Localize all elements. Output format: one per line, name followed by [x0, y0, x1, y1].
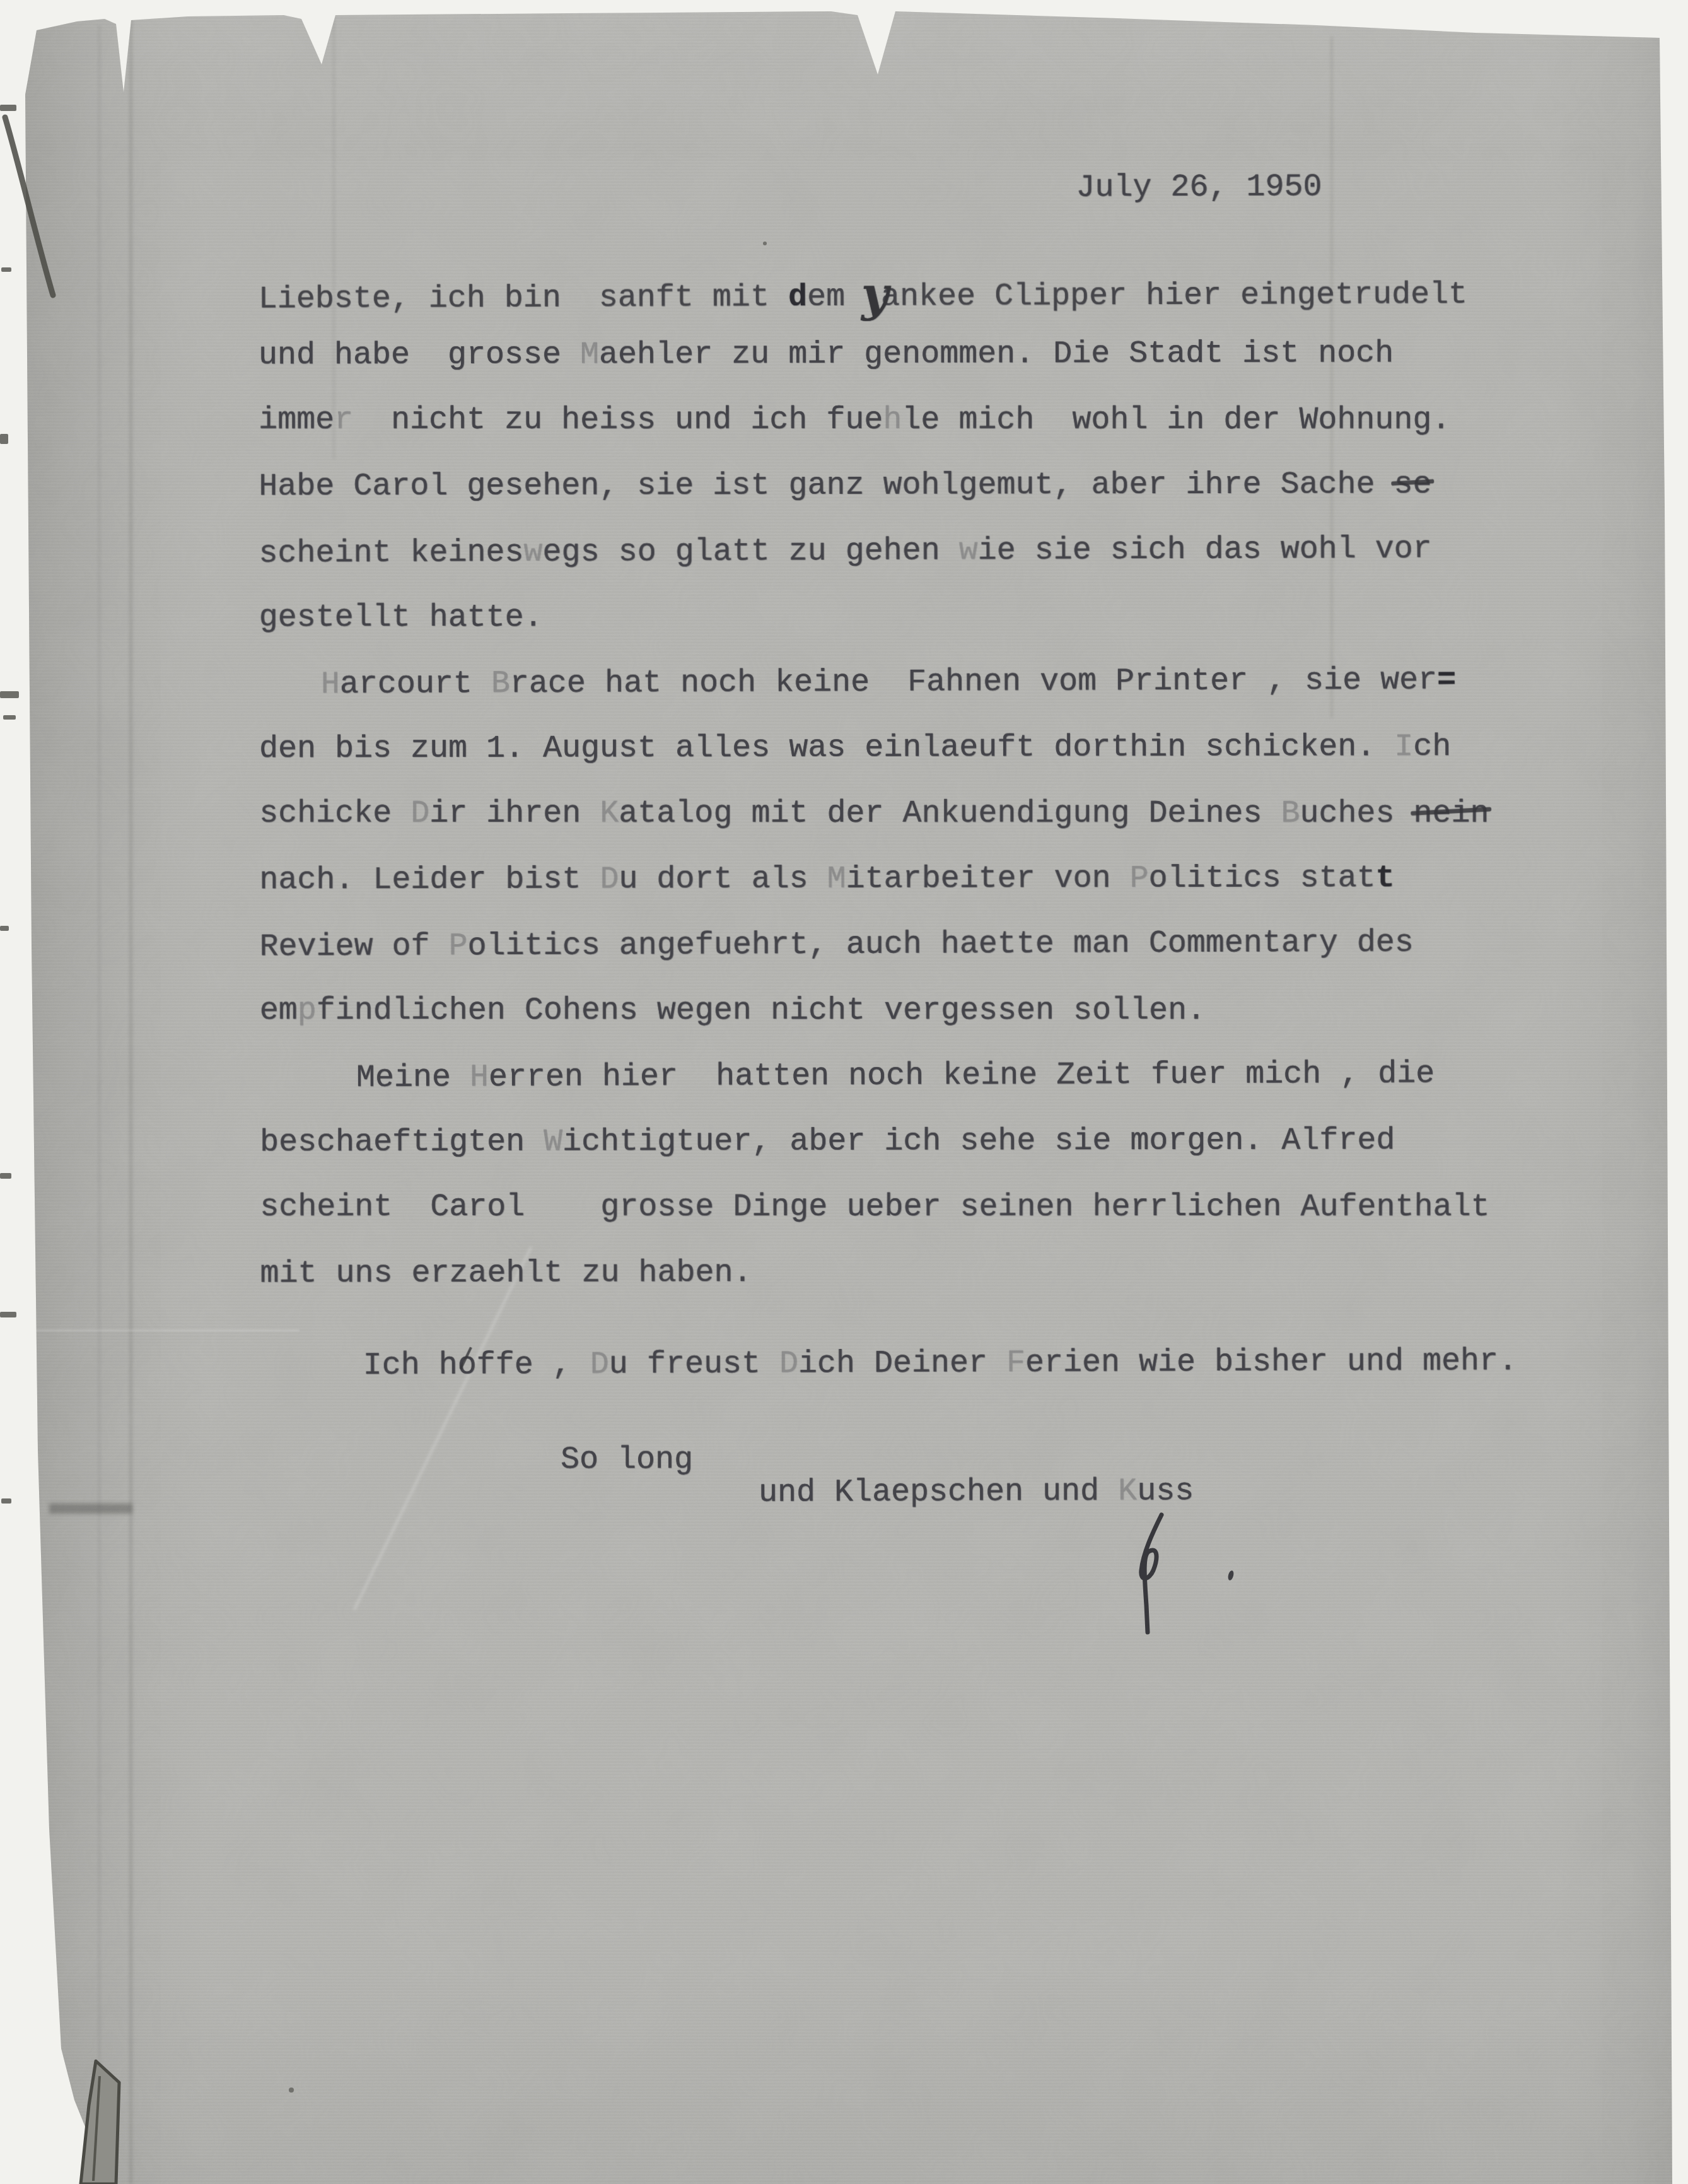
letter-text-segment: P	[449, 928, 468, 964]
letter-text-segment: Ich h	[363, 1348, 458, 1384]
letter-line: schicke Dir ihren Katalog mit der Ankuen…	[259, 797, 1489, 831]
letter-text-segment: w	[523, 535, 542, 571]
letter-line: beschaeftigten Wichtigtuer, aber ich seh…	[260, 1124, 1395, 1160]
letter-text-segment: le mich wohl in der Wohnung.	[902, 402, 1450, 438]
letter-text-segment: nein	[1414, 796, 1489, 832]
letter-text-segment: uss	[1137, 1473, 1194, 1509]
letter-text-segment: itarbeiter von	[846, 861, 1130, 897]
letter-text-segment: y	[861, 267, 888, 322]
letter-text-segment: em	[260, 993, 298, 1029]
letter-text-segment: uches	[1300, 796, 1414, 832]
letter-text-segment: B	[1281, 796, 1300, 832]
letter-line: den bis zum 1. August alles was einlaeuf…	[259, 730, 1451, 766]
letter-text-segment: t	[1376, 860, 1395, 896]
letter-text-segment: den bis zum 1. August alles was einlaeuf…	[259, 729, 1394, 767]
letter-text-segment: olitics stat	[1149, 861, 1376, 897]
letter-text-segment: p	[298, 993, 317, 1029]
letter-line: nach. Leider bist Du dort als Mitarbeite…	[259, 861, 1394, 897]
letter-text-segment: h	[883, 402, 902, 438]
letter-text-segment: ir ihren	[429, 796, 600, 832]
letter-text-segment: ich Deiner	[798, 1345, 1006, 1382]
letter-line: Review of Politics angefuehrt, auch haet…	[259, 926, 1414, 965]
letter-text-segment: olitics angefuehrt, auch haette man Comm…	[468, 925, 1414, 965]
letter-text-segment: beschaeftigten	[260, 1124, 544, 1161]
letter-text-segment: ffe ,	[477, 1347, 590, 1384]
letter-line: Liebste, ich bin sanft mit dem yankee Cl…	[259, 270, 1468, 317]
date-text: July 26, 1950	[1076, 169, 1322, 206]
letter-text-segment: atalog mit der Ankuendigung Deines	[619, 796, 1281, 832]
letter-text-segment: se	[1394, 467, 1432, 503]
letter-line: Harcourt Brace hat noch keine Fahnen vom…	[321, 663, 1457, 702]
letter-text-segment: H	[470, 1060, 489, 1095]
scan-background: July 26, 1950 Liebste, ich bin sanft mit…	[0, 0, 1688, 2184]
letter-text-segment: Habe Carol gesehen, sie ist ganz wohlgem…	[259, 467, 1394, 505]
letter-text-segment: gestellt hatte.	[259, 600, 543, 636]
letter-text-segment: nicht zu heiss und ich fue	[353, 402, 883, 438]
letter-text-segment: ch	[1413, 729, 1451, 765]
letter-text-segment: I	[1394, 729, 1413, 765]
letter-line: gestellt hatte.	[259, 601, 543, 635]
letter-line: Meine Herren hier hatten noch keine Zeit…	[356, 1058, 1435, 1096]
letter-text-segment: imme	[259, 402, 334, 438]
letter-text-segment: Liebste, ich bin sanft mit	[259, 279, 788, 317]
letter-text-segment: und habe grosse	[259, 337, 580, 374]
letter-text-segment: D	[779, 1346, 798, 1382]
letter-text-segment: Review of	[259, 928, 448, 965]
letter-line: scheint keineswegs so glatt zu gehen wie…	[259, 532, 1432, 571]
letter-text-segment: mit uns erzaehlt zu haben.	[260, 1255, 752, 1292]
letter-text-segment: F	[1006, 1345, 1025, 1381]
letter-line: Habe Carol gesehen, sie ist ganz wohlgem…	[259, 468, 1431, 504]
letter-text-segment: w	[959, 533, 978, 569]
letter-text-segment: Meine	[356, 1060, 470, 1096]
letter-text-segment: B	[491, 666, 510, 702]
letter-text-segment: findlichen Cohens wegen nicht vergessen …	[317, 993, 1206, 1029]
letter-text-segment: em	[807, 279, 864, 315]
letter-line: und Klaepschen und Kuss	[759, 1474, 1194, 1510]
letter-line: Ich hoffe , Du freust Dich Deiner Ferien…	[363, 1345, 1518, 1383]
letter-text-segment: u dort als	[619, 861, 827, 898]
letter-text-segment: race hat noch keine Fahnen vom Printer ,…	[510, 663, 1437, 703]
letter-text-segment: nach. Leider bist	[259, 862, 600, 899]
letter-text-segment: egs so glatt zu gehen	[542, 533, 958, 571]
letter-text-segment: =	[1437, 662, 1456, 698]
letter-text-segment: K	[600, 796, 619, 832]
letter-text-segment: u freust	[609, 1346, 779, 1383]
date-line: July 26, 1950	[1076, 170, 1322, 205]
letter-text-segment: ichtigtuer, aber ich sehe sie morgen. Al…	[562, 1123, 1395, 1160]
letter-line: scheint Carol grosse Dinge ueber seinen …	[260, 1191, 1489, 1225]
letter-text-segment: So long	[561, 1442, 693, 1478]
letter-text-segment: d	[788, 279, 807, 315]
letter-line: mit uns erzaehlt zu haben.	[260, 1256, 752, 1291]
letter-text-segment: ie sie sich das wohl vor	[978, 531, 1432, 569]
letter-text-segment: D	[410, 796, 429, 832]
letter-text-segment: M	[827, 861, 846, 897]
letter-text-segment: und Klaepschen und	[759, 1474, 1118, 1511]
letter-line: empfindlichen Cohens wegen nicht vergess…	[260, 994, 1206, 1028]
letter-text-segment: r	[334, 402, 353, 438]
letter-text-segment: scheint Carol grosse Dinge ueber seinen …	[260, 1189, 1489, 1225]
letter-text-segment: ankee Clipper hier eingetrudelt	[881, 277, 1467, 315]
letter-text-segment: erien wie bisher und mehr.	[1025, 1343, 1517, 1381]
letter-text-segment: o	[458, 1348, 477, 1384]
letter-line: und habe grosse Maehler zu mir genommen.…	[259, 337, 1394, 373]
letter-text-segment: scheint keines	[259, 535, 523, 572]
letter-body: Liebste, ich bin sanft mit dem yankee Cl…	[0, 0, 1686, 1]
typewritten-text: July 26, 1950 Liebste, ich bin sanft mit…	[0, 0, 1688, 2184]
letter-text-segment: erren hier hatten noch keine Zeit fuer m…	[489, 1056, 1435, 1096]
letter-text-segment: D	[600, 862, 619, 898]
letter-text-segment: M	[580, 337, 599, 373]
letter-line: So long	[561, 1444, 693, 1478]
letter-text-segment: schicke	[259, 796, 410, 832]
letter-line: immer nicht zu heiss und ich fuehle mich…	[259, 404, 1450, 438]
letter-text-segment: D	[590, 1347, 609, 1383]
letter-text-segment: W	[544, 1124, 562, 1160]
letter-text-segment: arcourt	[340, 666, 491, 703]
letter-text-segment: K	[1118, 1474, 1137, 1510]
letter-text-segment: P	[1130, 861, 1149, 897]
letter-text-segment: H	[321, 667, 340, 703]
letter-text-segment: aehler zu mir genommen. Die Stadt ist no…	[599, 336, 1394, 373]
